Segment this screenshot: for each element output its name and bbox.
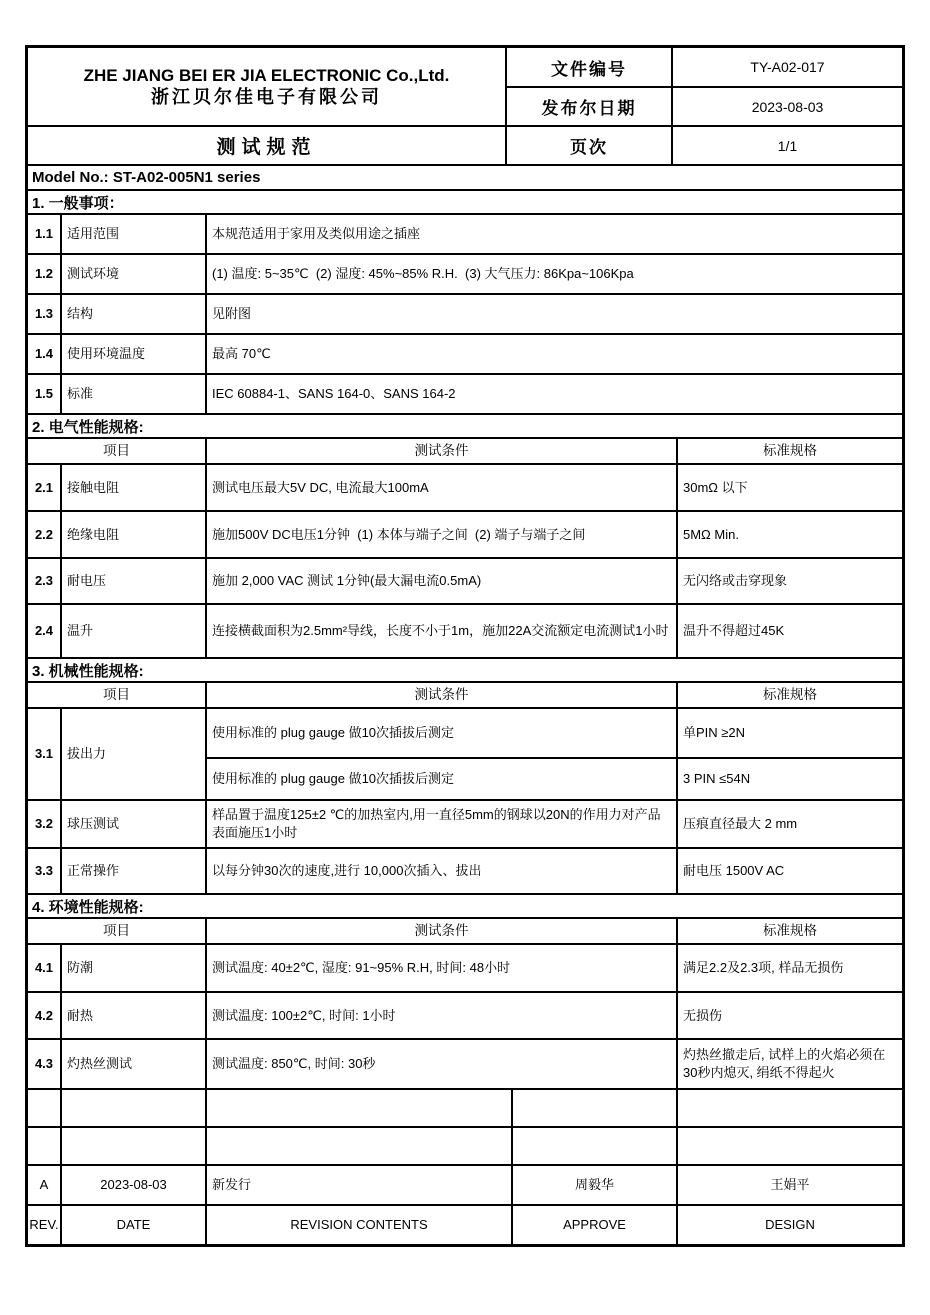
doc-number-label: 文件编号 <box>507 48 673 88</box>
spec-cell: 3 PIN ≤54N <box>678 759 902 799</box>
table-row: 1.4使用环境温度最高 70℃ <box>28 335 902 375</box>
item-cell: 正常操作 <box>62 849 207 893</box>
table-row: 1.2测试环境(1) 温度: 5~35℃ (2) 湿度: 45%~85% R.H… <box>28 255 902 295</box>
spec-cell: 5MΩ Min. <box>678 512 902 557</box>
company-name-en: ZHE JIANG BEI ER JIA ELECTRONIC Co.,Ltd. <box>84 65 450 86</box>
table-row: 3.3正常操作以每分钟30次的速度,进行 10,000次插入、拔出耐电压 150… <box>28 849 902 895</box>
document-header: ZHE JIANG BEI ER JIA ELECTRONIC Co.,Ltd.… <box>28 48 902 166</box>
column-header-item: 项目 <box>28 919 207 943</box>
row-number: 2.1 <box>28 465 62 510</box>
empty-row <box>28 1128 902 1166</box>
column-header-condition: 测试条件 <box>207 439 678 463</box>
row-number: 1.3 <box>28 295 62 333</box>
row-number: 1.4 <box>28 335 62 373</box>
table-row: 4.1防潮测试温度: 40±2℃, 湿度: 91~95% R.H, 时间: 48… <box>28 945 902 993</box>
revision-footer-row: REV. DATE REVISION CONTENTS APPROVE DESI… <box>28 1206 902 1244</box>
footer-design-label: DESIGN <box>678 1206 902 1244</box>
condition-cell: 样品置于温度125±2 ℃的加热室内,用一直径5mm的钢球以20N的作用力对产品… <box>207 801 678 847</box>
revision-date: 2023-08-03 <box>62 1166 207 1204</box>
condition-cell: 施加500V DC电压1分钟 (1) 本体与端子之间 (2) 端子与端子之间 <box>207 512 678 557</box>
table-row: 2.4温升连接横截面积为2.5mm²导线，长度不小于1m，施加22A交流额定电流… <box>28 605 902 659</box>
empty-row <box>28 1090 902 1128</box>
condition-cell: 见附图 <box>207 295 902 333</box>
item-cell: 测试环境 <box>62 255 207 293</box>
page-label: 页次 <box>507 127 673 166</box>
empty-cell <box>678 1090 902 1126</box>
empty-cell <box>28 1128 62 1164</box>
row-number: 3.2 <box>28 801 62 847</box>
spec-cell: 耐电压 1500V AC <box>678 849 902 893</box>
item-cell: 防潮 <box>62 945 207 991</box>
item-cell: 温升 <box>62 605 207 657</box>
section-title: 4. 环境性能规格: <box>28 895 902 919</box>
spec-table-body: 1. 一般事项：1.1适用范围本规范适用于家用及类似用途之插座1.2测试环境(1… <box>28 191 902 1166</box>
footer-date-label: DATE <box>62 1206 207 1244</box>
table-row: 1.5标准IEC 60884-1、SANS 164-0、SANS 164-2 <box>28 375 902 415</box>
condition-cell: 测试温度: 40±2℃, 湿度: 91~95% R.H, 时间: 48小时 <box>207 945 678 991</box>
spec-sheet: ZHE JIANG BEI ER JIA ELECTRONIC Co.,Ltd.… <box>25 45 905 1247</box>
table-row: 3.1拔出力使用标准的 plug gauge 做10次插拔后测定单PIN ≥2N… <box>28 709 902 801</box>
revision-rev: A <box>28 1166 62 1204</box>
empty-cell <box>207 1090 513 1126</box>
condition-cell: 以每分钟30次的速度,进行 10,000次插入、拔出 <box>207 849 678 893</box>
row-number: 2.3 <box>28 559 62 603</box>
release-date-label: 发布尔日期 <box>507 88 673 127</box>
spec-cell: 压痕直径最大 2 mm <box>678 801 902 847</box>
empty-cell <box>62 1128 207 1164</box>
row-number: 2.2 <box>28 512 62 557</box>
row-number: 1.1 <box>28 215 62 253</box>
footer-approve-label: APPROVE <box>513 1206 678 1244</box>
item-cell: 结构 <box>62 295 207 333</box>
model-number-row: Model No.: ST-A02-005N1 series <box>28 166 902 191</box>
empty-cell <box>513 1090 678 1126</box>
item-cell: 耐电压 <box>62 559 207 603</box>
empty-cell <box>28 1090 62 1126</box>
condition-cell: 使用标准的 plug gauge 做10次插拔后测定 <box>207 759 678 799</box>
company-block: ZHE JIANG BEI ER JIA ELECTRONIC Co.,Ltd.… <box>28 48 507 127</box>
condition-cell: 最高 70℃ <box>207 335 902 373</box>
row-number: 3.3 <box>28 849 62 893</box>
column-header-condition: 测试条件 <box>207 919 678 943</box>
column-header-spec: 标准规格 <box>678 683 902 707</box>
item-cell: 灼热丝测试 <box>62 1040 207 1088</box>
column-header-spec: 标准规格 <box>678 439 902 463</box>
row-number: 1.2 <box>28 255 62 293</box>
empty-cell <box>207 1128 513 1164</box>
row-number: 3.1 <box>28 709 62 799</box>
condition-cell: 连接横截面积为2.5mm²导线，长度不小于1m，施加22A交流额定电流测试1小时 <box>207 605 678 657</box>
item-cell: 标准 <box>62 375 207 413</box>
column-header-row: 项目测试条件标准规格 <box>28 683 902 709</box>
company-name-cn: 浙江贝尔佳电子有限公司 <box>151 86 382 109</box>
condition-cell: 使用标准的 plug gauge 做10次插拔后测定 <box>207 709 678 759</box>
table-row: 2.3耐电压施加 2,000 VAC 测试 1分钟(最大漏电流0.5mA)无闪络… <box>28 559 902 605</box>
item-cell: 使用环境温度 <box>62 335 207 373</box>
document-title: 测试规范 <box>28 127 507 166</box>
column-header-item: 项目 <box>28 439 207 463</box>
item-cell: 拔出力 <box>62 709 207 799</box>
condition-cell: 测试温度: 850℃, 时间: 30秒 <box>207 1040 678 1088</box>
empty-cell <box>62 1090 207 1126</box>
revision-contents: 新发行 <box>207 1166 513 1204</box>
condition-cell: IEC 60884-1、SANS 164-0、SANS 164-2 <box>207 375 902 413</box>
condition-cell: 测试电压最大5V DC, 电流最大100mA <box>207 465 678 510</box>
row-number: 1.5 <box>28 375 62 413</box>
revision-approve: 周毅华 <box>513 1166 678 1204</box>
column-header-row: 项目测试条件标准规格 <box>28 919 902 945</box>
spec-cell: 满足2.2及2.3项, 样品无损伤 <box>678 945 902 991</box>
footer-rev-label: REV. <box>28 1206 62 1244</box>
item-cell: 适用范围 <box>62 215 207 253</box>
table-row: 2.2绝缘电阻施加500V DC电压1分钟 (1) 本体与端子之间 (2) 端子… <box>28 512 902 559</box>
table-row: 1.3结构见附图 <box>28 295 902 335</box>
spec-cell: 单PIN ≥2N <box>678 709 902 759</box>
empty-cell <box>513 1128 678 1164</box>
revision-entry-row: A 2023-08-03 新发行 周毅华 王娟平 <box>28 1166 902 1206</box>
table-row: 1.1适用范围本规范适用于家用及类似用途之插座 <box>28 215 902 255</box>
section-title: 1. 一般事项： <box>28 191 902 215</box>
condition-cell: 施加 2,000 VAC 测试 1分钟(最大漏电流0.5mA) <box>207 559 678 603</box>
doc-number-value: TY-A02-017 <box>673 48 902 88</box>
release-date-value: 2023-08-03 <box>673 88 902 127</box>
spec-cell: 无闪络或击穿现象 <box>678 559 902 603</box>
column-header-row: 项目测试条件标准规格 <box>28 439 902 465</box>
spec-cell: 灼热丝撤走后, 试样上的火焰必须在30秒内熄灭, 绢纸不得起火 <box>678 1040 902 1088</box>
item-cell: 绝缘电阻 <box>62 512 207 557</box>
spec-cell: 温升不得超过45K <box>678 605 902 657</box>
page-value: 1/1 <box>673 127 902 166</box>
table-row: 3.2球压测试样品置于温度125±2 ℃的加热室内,用一直径5mm的钢球以20N… <box>28 801 902 849</box>
column-header-condition: 测试条件 <box>207 683 678 707</box>
item-cell: 接触电阻 <box>62 465 207 510</box>
empty-cell <box>678 1128 902 1164</box>
condition-cell: 测试温度: 100±2℃, 时间: 1小时 <box>207 993 678 1038</box>
table-row: 4.3灼热丝测试测试温度: 850℃, 时间: 30秒灼热丝撤走后, 试样上的火… <box>28 1040 902 1090</box>
section-title: 2. 电气性能规格: <box>28 415 902 439</box>
spec-cell: 无损伤 <box>678 993 902 1038</box>
column-header-spec: 标准规格 <box>678 919 902 943</box>
table-row: 2.1接触电阻测试电压最大5V DC, 电流最大100mA30mΩ 以下 <box>28 465 902 512</box>
item-cell: 球压测试 <box>62 801 207 847</box>
revision-design: 王娟平 <box>678 1166 902 1204</box>
item-cell: 耐热 <box>62 993 207 1038</box>
condition-cell: 本规范适用于家用及类似用途之插座 <box>207 215 902 253</box>
column-header-item: 项目 <box>28 683 207 707</box>
spec-cell: 30mΩ 以下 <box>678 465 902 510</box>
table-row: 4.2耐热测试温度: 100±2℃, 时间: 1小时无损伤 <box>28 993 902 1040</box>
condition-cell: (1) 温度: 5~35℃ (2) 湿度: 45%~85% R.H. (3) 大… <box>207 255 902 293</box>
row-number: 4.1 <box>28 945 62 991</box>
row-number: 4.2 <box>28 993 62 1038</box>
row-number: 2.4 <box>28 605 62 657</box>
section-title: 3. 机械性能规格: <box>28 659 902 683</box>
footer-contents-label: REVISION CONTENTS <box>207 1206 513 1244</box>
row-number: 4.3 <box>28 1040 62 1088</box>
